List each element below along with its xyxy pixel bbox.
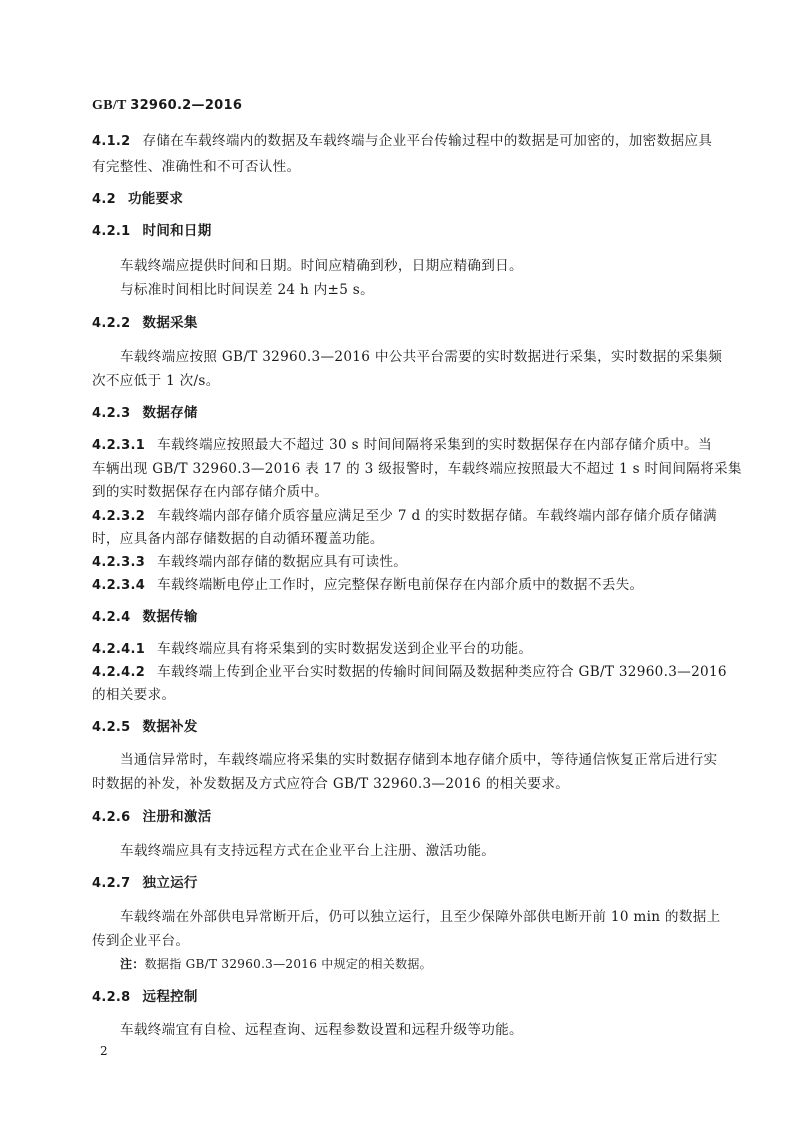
clause-4-2-3-1-line-3: 到的实时数据保存在内部存储介质中。 — [92, 483, 328, 501]
standard-code-header: GB/T 32960.2—2016 — [92, 97, 242, 115]
clause-text: 车载终端内部存储的数据应具有可读性。 — [157, 554, 407, 570]
section-number: 4.2.8 — [92, 990, 131, 1005]
section-title: 独立运行 — [143, 875, 198, 891]
clause-text: 车载终端应具有将采集到的实时数据发送到企业平台的功能。 — [157, 641, 532, 657]
clause-4-2-3-2-line-1: 4.2.3.2车载终端内部存储介质容量应满足至少 7 d 的实时数据存储。车载终… — [92, 507, 712, 526]
paragraph-4-2-7-line-2: 传到企业平台。 — [92, 932, 189, 950]
section-title: 数据存储 — [143, 405, 198, 421]
note-text: 数据指 GB/T 32960.3—2016 中规定的相关数据。 — [145, 957, 432, 971]
standard-prefix: GB/T — [92, 98, 126, 113]
clause-number: 4.2.4.1 — [92, 642, 145, 657]
section-title: 功能要求 — [128, 191, 183, 207]
section-heading-4-2-4: 4.2.4数据传输 — [92, 608, 198, 627]
note-label: 注： — [120, 957, 145, 971]
section-heading-4-2-1: 4.2.1时间和日期 — [92, 222, 212, 241]
section-number: 4.2.7 — [92, 876, 131, 891]
paragraph-4-2-1-1: 车载终端应提供时间和日期。时间应精确到秒，日期应精确到日。 — [120, 257, 523, 275]
clause-4-2-3-1-line-1: 4.2.3.1车载终端应按照最大不超过 30 s 时间间隔将采集到的实时数据保存… — [92, 436, 712, 455]
section-title: 远程控制 — [143, 989, 198, 1005]
paragraph-4-2-5-line-2: 时数据的补发，补发数据及方式应符合 GB/T 32960.3—2016 的相关要… — [92, 775, 569, 793]
section-title: 注册和激活 — [143, 809, 212, 825]
clause-text: 车载终端断电停止工作时，应完整保存断电前保存在内部介质中的数据不丢失。 — [157, 577, 643, 593]
paragraph-4-2-7-line-1: 车载终端在外部供电异常断开后，仍可以独立运行，且至少保障外部供电断开前 10 m… — [120, 908, 712, 926]
section-heading-4-2-5: 4.2.5数据补发 — [92, 718, 198, 737]
clause-4-2-3-2-line-2: 时，应具备内部存储数据的自动循环覆盖功能。 — [92, 530, 384, 548]
clause-4-2-3-4: 4.2.3.4车载终端断电停止工作时，应完整保存断电前保存在内部介质中的数据不丢… — [92, 576, 643, 595]
standard-number: 32960.2—2016 — [130, 98, 242, 113]
section-number: 4.2.3 — [92, 406, 131, 421]
clause-4-2-3-3: 4.2.3.3车载终端内部存储的数据应具有可读性。 — [92, 553, 407, 572]
section-number: 4.2.2 — [92, 316, 131, 331]
clause-text: 车载终端应按照最大不超过 30 s 时间间隔将采集到的实时数据保存在内部存储介质… — [157, 437, 712, 453]
clause-text: 车载终端上传到企业平台实时数据的传输时间间隔及数据种类应符合 GB/T 3296… — [157, 664, 727, 680]
clause-4-2-4-2-line-2: 的相关要求。 — [92, 686, 175, 704]
clause-4-1-2-line-1: 4.1.2存储在车载终端内的数据及车载终端与企业平台传输过程中的数据是可加密的，… — [92, 132, 712, 151]
section-number: 4.2.4 — [92, 610, 131, 625]
clause-text: 存储在车载终端内的数据及车载终端与企业平台传输过程中的数据是可加密的，加密数据应… — [143, 133, 713, 149]
section-number: 4.2.5 — [92, 720, 131, 735]
section-number: 4.2.1 — [92, 224, 131, 239]
section-number: 4.2 — [92, 192, 116, 207]
section-title: 数据采集 — [143, 315, 198, 331]
section-title: 数据传输 — [143, 609, 198, 625]
paragraph-4-2-2-line-2: 次不应低于 1 次/s。 — [92, 372, 220, 390]
paragraph-4-2-2-line-1: 车载终端应按照 GB/T 32960.3—2016 中公共平台需要的实时数据进行… — [120, 348, 712, 366]
clause-4-2-3-1-line-2: 车辆出现 GB/T 32960.3—2016 表 17 的 3 级报警时，车载终… — [92, 460, 712, 478]
clause-4-2-4-1: 4.2.4.1车载终端应具有将采集到的实时数据发送到企业平台的功能。 — [92, 640, 532, 659]
note: 注：数据指 GB/T 32960.3—2016 中规定的相关数据。 — [120, 955, 432, 973]
clause-number: 4.2.3.1 — [92, 438, 145, 453]
clause-4-1-2-line-2: 有完整性、准确性和不可否认性。 — [92, 158, 300, 176]
section-heading-4-2-7: 4.2.7独立运行 — [92, 874, 198, 893]
section-title: 时间和日期 — [143, 223, 212, 239]
document-page: GB/T 32960.2—2016 4.1.2存储在车载终端内的数据及车载终端与… — [0, 0, 800, 1130]
section-heading-4-2: 4.2功能要求 — [92, 190, 183, 209]
paragraph-4-2-8: 车载终端宜有自检、远程查询、远程参数设置和远程升级等功能。 — [120, 1021, 523, 1039]
clause-number: 4.2.3.2 — [92, 509, 145, 524]
paragraph-4-2-6: 车载终端应具有支持远程方式在企业平台上注册、激活功能。 — [120, 842, 495, 860]
paragraph-4-2-5-line-1: 当通信异常时，车载终端应将采集的实时数据存储到本地存储介质中，等待通信恢复正常后… — [120, 751, 712, 769]
section-heading-4-2-8: 4.2.8远程控制 — [92, 988, 198, 1007]
page-number: 2 — [100, 1044, 108, 1058]
section-heading-4-2-2: 4.2.2数据采集 — [92, 314, 198, 333]
section-title: 数据补发 — [143, 719, 198, 735]
clause-number: 4.1.2 — [92, 134, 131, 149]
paragraph-4-2-1-2: 与标准时间相比时间误差 24 h 内±5 s。 — [120, 281, 374, 299]
clause-number: 4.2.4.2 — [92, 665, 145, 680]
section-heading-4-2-6: 4.2.6注册和激活 — [92, 808, 212, 827]
section-number: 4.2.6 — [92, 810, 131, 825]
clause-number: 4.2.3.4 — [92, 578, 145, 593]
clause-number: 4.2.3.3 — [92, 555, 145, 570]
section-heading-4-2-3: 4.2.3数据存储 — [92, 404, 198, 423]
clause-4-2-4-2-line-1: 4.2.4.2车载终端上传到企业平台实时数据的传输时间间隔及数据种类应符合 GB… — [92, 663, 712, 682]
clause-text: 车载终端内部存储介质容量应满足至少 7 d 的实时数据存储。车载终端内部存储介质… — [157, 508, 717, 524]
